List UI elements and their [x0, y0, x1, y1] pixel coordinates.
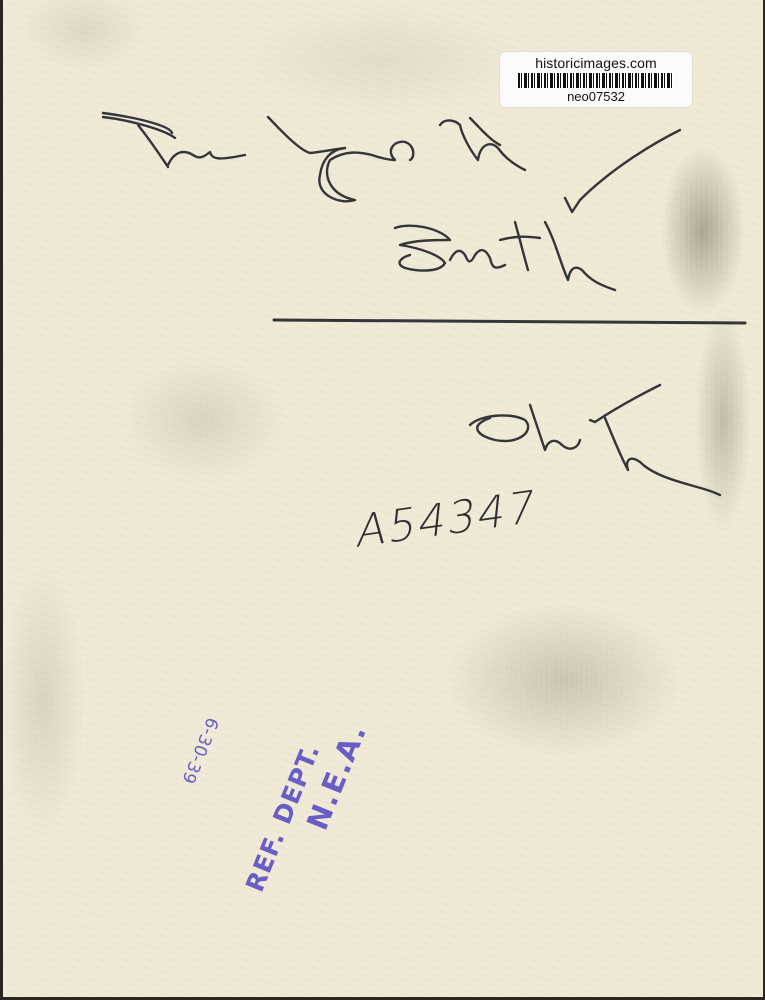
- handwriting-okla: [470, 385, 720, 495]
- handwriting-strokes: [0, 0, 765, 1000]
- underline-rule: [274, 320, 745, 323]
- handwriting-jas: [268, 117, 413, 201]
- handwriting-checkmark: [565, 130, 680, 212]
- handwriting-m: [440, 118, 525, 170]
- handwriting-smith: [395, 222, 615, 290]
- handwriting-dr: [103, 113, 245, 167]
